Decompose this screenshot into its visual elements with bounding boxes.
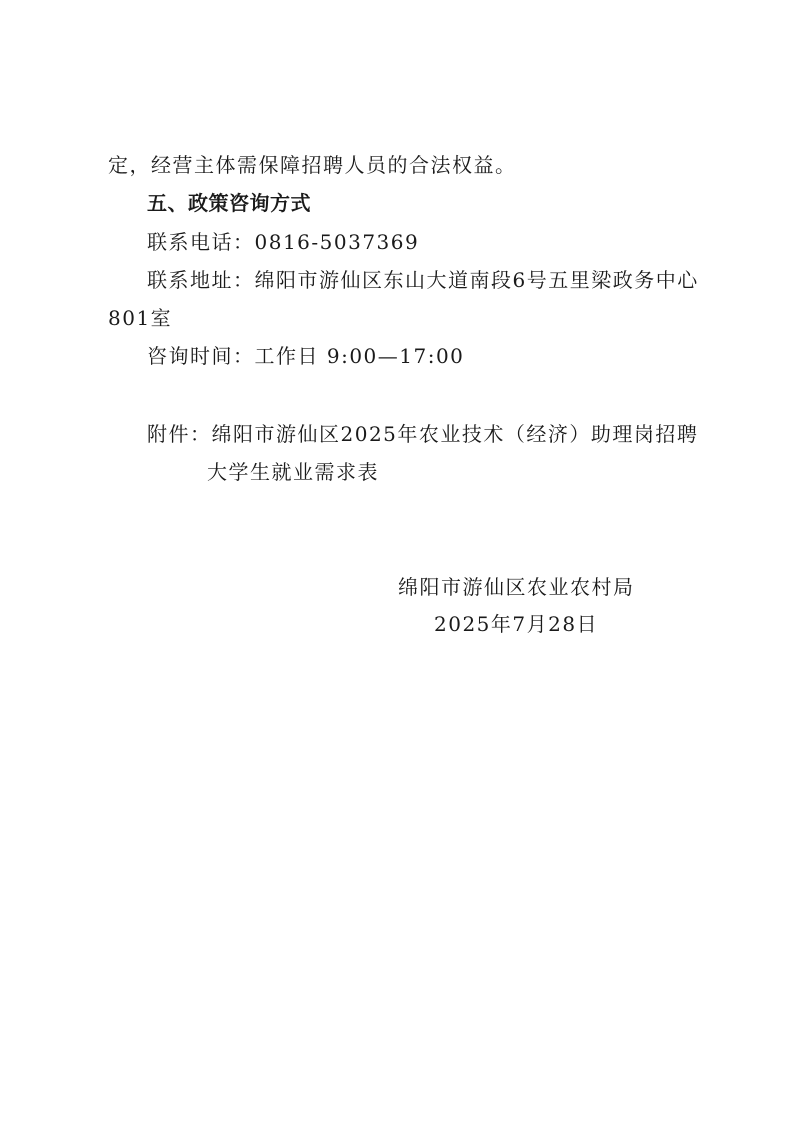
contact-address-line2: 801室	[108, 306, 172, 330]
section-heading: 五、政策咨询方式	[147, 191, 311, 215]
contact-phone: 联系电话：0816-5037369	[147, 230, 419, 254]
signature-organization: 绵阳市游仙区农业农村局	[398, 575, 635, 599]
attachment-line1: 附件：绵阳市游仙区2025年农业技术（经济）助理岗招聘	[147, 422, 698, 446]
consult-hours: 咨询时间：工作日 9:00—17:00	[147, 344, 464, 368]
signature-date: 2025年7月28日	[434, 612, 598, 636]
paragraph-continuation: 定，经营主体需保障招聘人员的合法权益。	[108, 153, 517, 177]
attachment-line2: 大学生就业需求表	[207, 460, 379, 484]
contact-address-line1: 联系地址：绵阳市游仙区东山大道南段6号五里梁政务中心	[147, 268, 699, 292]
